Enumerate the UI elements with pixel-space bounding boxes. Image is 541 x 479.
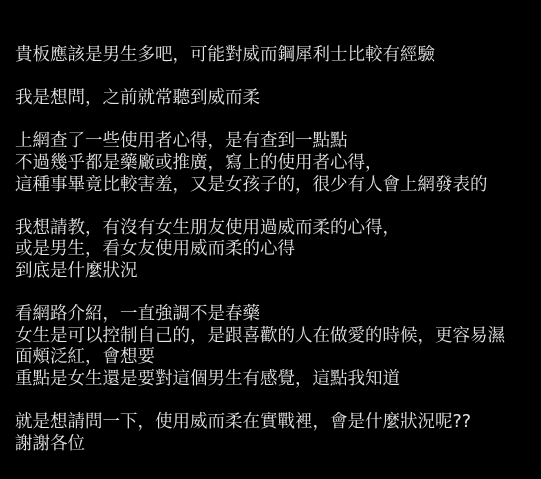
text-line: 上網查了一些使用者心得，是有查到一點點 [15, 131, 541, 153]
text-line: 不過幾乎都是藥廠或推廣，寫上的使用者心得， [15, 153, 541, 175]
post-body: 貴板應該是男生多吧，可能對威而鋼犀利士比較有經驗 我是想問，之前就常聽到威而柔 … [15, 45, 541, 477]
paragraph-4: 我想請教，有沒有女生朋友使用過威而柔的心得， 或是男生，看女友使用威而柔的心得 … [15, 218, 541, 283]
text-line: 貴板應該是男生多吧，可能對威而鋼犀利士比較有經驗 [15, 45, 541, 67]
paragraph-1: 貴板應該是男生多吧，可能對威而鋼犀利士比較有經驗 [15, 45, 541, 67]
paragraph-3: 上網查了一些使用者心得，是有查到一點點 不過幾乎都是藥廠或推廣，寫上的使用者心得… [15, 131, 541, 196]
text-line: 就是想請問一下，使用威而柔在實戰裡，會是什麼狀況呢?? [15, 412, 541, 434]
text-line: 女生是可以控制自己的，是跟喜歡的人在做愛的時候，更容易濕 [15, 326, 541, 348]
paragraph-6: 就是想請問一下，使用威而柔在實戰裡，會是什麼狀況呢?? 謝謝各位 [15, 412, 541, 455]
text-line: 或是男生，看女友使用威而柔的心得 [15, 239, 541, 261]
text-line: 面頰泛紅，會想要 [15, 347, 541, 369]
text-line: 這種事畢竟比較害羞，又是女孩子的，很少有人會上網發表的 [15, 175, 541, 197]
text-line: 到底是什麼狀況 [15, 261, 541, 283]
paragraph-2: 我是想問，之前就常聽到威而柔 [15, 88, 541, 110]
text-line: 謝謝各位 [15, 434, 541, 456]
paragraph-5: 看網路介紹，一直強調不是春藥 女生是可以控制自己的，是跟喜歡的人在做愛的時候，更… [15, 304, 541, 390]
text-line: 我是想問，之前就常聽到威而柔 [15, 88, 541, 110]
text-line: 我想請教，有沒有女生朋友使用過威而柔的心得， [15, 218, 541, 240]
text-line: 看網路介紹，一直強調不是春藥 [15, 304, 541, 326]
text-line: 重點是女生還是要對這個男生有感覺，這點我知道 [15, 369, 541, 391]
